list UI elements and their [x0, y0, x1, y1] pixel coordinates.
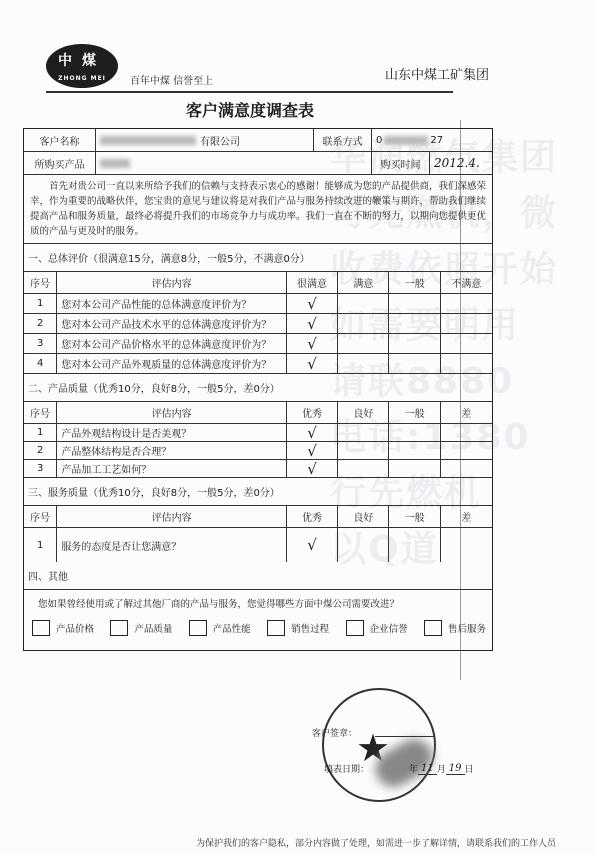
column-header: 满意 [338, 272, 389, 293]
company-name: 山东中煤工矿集团 [385, 64, 489, 83]
option-5[interactable]: 售后服务 [424, 620, 486, 636]
section4-heading: 四、其他 [24, 562, 492, 590]
row-question: 您对本公司产品技术水平的总体满意度评价为？ [57, 314, 287, 333]
option-label: 产品性能 [213, 621, 251, 635]
rating-cell[interactable] [389, 294, 440, 313]
rating-cell[interactable] [441, 294, 492, 313]
rating-cell[interactable] [389, 334, 440, 353]
privacy-notice: 为保护我们的客户隐私，部分内容做了处理，如需进一步了解详情，请联系我们的工作人员 [196, 836, 556, 849]
company-seal: ★ [322, 688, 436, 802]
info-row-customer: 客户名称 有限公司 联系方式 0 27 [24, 129, 492, 152]
row-number: 1 [24, 294, 57, 313]
section3-heading: 三、服务质量（优秀10分，良好8分，一般5分，差0分） [24, 478, 492, 506]
rating-cell-checked[interactable]: √ [287, 314, 338, 333]
column-header: 评估内容 [57, 272, 287, 293]
checkbox[interactable] [32, 620, 50, 636]
row-question: 产品整体结构是否合理？ [57, 442, 287, 459]
option-label: 产品价格 [56, 621, 94, 635]
rating-cell-checked[interactable]: √ [287, 424, 338, 441]
column-header: 不满意 [441, 272, 492, 293]
row-question: 您对本公司产品价格水平的总体满意度评价为？ [57, 334, 287, 353]
header-divider [46, 91, 453, 93]
row-number: 4 [24, 354, 57, 373]
customer-name-value: 有限公司 [96, 129, 314, 151]
rating-cell[interactable] [441, 528, 492, 562]
column-header: 良好 [338, 402, 389, 423]
table-row: 4您对本公司产品外观质量的总体满意度评价为？√ [24, 354, 492, 374]
column-header: 优秀 [287, 506, 338, 527]
rating-cell[interactable] [441, 314, 492, 333]
rating-cell[interactable] [338, 294, 389, 313]
rating-cell-checked[interactable]: √ [287, 528, 338, 562]
purchase-time-value: 2012.4. [430, 152, 492, 174]
intro-paragraph: 首先对贵公司一直以来所给予我们的信赖与支持表示衷心的感谢！能够成为您的产品提供商… [24, 175, 492, 244]
rating-cell[interactable] [441, 424, 492, 441]
date-day: 19 [446, 763, 465, 775]
rating-cell[interactable] [338, 460, 389, 477]
checkbox[interactable] [424, 620, 442, 636]
row-question: 产品外观结构设计是否美观？ [57, 424, 287, 441]
rating-cell-checked[interactable]: √ [287, 442, 338, 459]
column-header: 序号 [24, 272, 57, 293]
date-month: 11 [418, 763, 437, 775]
signature-line [375, 736, 435, 737]
row-number: 2 [24, 442, 57, 459]
row-number: 1 [24, 528, 57, 562]
column-header: 序号 [24, 402, 57, 423]
option-3[interactable]: 销售过程 [267, 620, 329, 636]
column-header: 评估内容 [57, 402, 287, 423]
rating-cell[interactable] [338, 334, 389, 353]
checkbox[interactable] [346, 620, 364, 636]
column-header: 很满意 [287, 272, 338, 293]
rating-cell[interactable] [389, 424, 440, 441]
redacted-block [100, 136, 196, 145]
section3-column-header: 序号评估内容优秀良好一般差 [24, 506, 492, 528]
logo-english: ZHONG MEI [46, 75, 118, 82]
option-1[interactable]: 产品质量 [110, 620, 172, 636]
rating-cell-checked[interactable]: √ [287, 460, 338, 477]
rating-cell-checked[interactable]: √ [287, 294, 338, 313]
column-header: 一般 [389, 272, 440, 293]
rating-cell[interactable] [338, 314, 389, 333]
slogan: 百年中煤 信誉至上 [130, 72, 213, 87]
column-header: 一般 [389, 402, 440, 423]
rating-cell[interactable] [441, 334, 492, 353]
survey-document: 华润燃气集团可先燃机，微收费依照开始如需要明用请联8880电话:1380行先燃机… [0, 0, 596, 854]
rating-cell-checked[interactable]: √ [287, 354, 338, 373]
table-row: 3您对本公司产品价格水平的总体满意度评价为？√ [24, 334, 492, 354]
row-number: 3 [24, 334, 57, 353]
row-number: 2 [24, 314, 57, 333]
survey-form: 客户名称 有限公司 联系方式 0 27 所购买产品 购买时间 2012.4. 首… [23, 128, 493, 651]
column-header: 评估内容 [57, 506, 287, 527]
purchase-time-label: 购买时间 [372, 152, 430, 174]
page-title: 客户满意度调查表 [0, 98, 500, 121]
column-header: 序号 [24, 506, 57, 527]
section4-body: 您如果曾经使用或了解过其他厂商的产品与服务，您觉得哪些方面中煤公司需要改进？ 产… [24, 590, 492, 650]
column-header: 差 [441, 506, 492, 527]
row-question: 您对本公司产品性能的总体满意度评价为？ [57, 294, 287, 313]
rating-cell[interactable] [338, 528, 389, 562]
checkbox[interactable] [267, 620, 285, 636]
rating-cell[interactable] [338, 424, 389, 441]
row-number: 3 [24, 460, 57, 477]
rating-cell[interactable] [441, 354, 492, 373]
row-number: 1 [24, 424, 57, 441]
product-value [96, 152, 372, 174]
table-row: 1产品外观结构设计是否美观？√ [24, 424, 492, 442]
column-header: 优秀 [287, 402, 338, 423]
option-4[interactable]: 企业信誉 [346, 620, 408, 636]
rating-cell[interactable] [389, 528, 440, 562]
contact-value: 0 27 [372, 129, 492, 151]
info-row-product: 所购买产品 购买时间 2012.4. [24, 152, 492, 175]
option-label: 产品质量 [134, 621, 172, 635]
rating-cell[interactable] [389, 442, 440, 459]
product-label: 所购买产品 [24, 152, 96, 174]
row-question: 产品加工工艺如何？ [57, 460, 287, 477]
rating-cell[interactable] [441, 442, 492, 459]
section1-column-header: 序号评估内容很满意满意一般不满意 [24, 272, 492, 294]
checkbox[interactable] [189, 620, 207, 636]
table-row: 3产品加工工艺如何？√ [24, 460, 492, 478]
rating-cell-checked[interactable]: √ [287, 334, 338, 353]
table-row: 2产品整体结构是否合理？√ [24, 442, 492, 460]
rating-cell[interactable] [389, 314, 440, 333]
rating-cell[interactable] [338, 354, 389, 373]
section1-heading: 一、总体评价（很满意15分，满意8分，一般5分，不满意0分） [24, 244, 492, 272]
rating-cell[interactable] [389, 460, 440, 477]
customer-name-label: 客户名称 [24, 129, 96, 151]
option-0[interactable]: 产品价格 [32, 620, 94, 636]
rating-cell[interactable] [389, 354, 440, 373]
row-question: 您对本公司产品外观质量的总体满意度评价为？ [57, 354, 287, 373]
option-label: 企业信誉 [370, 621, 408, 635]
column-header: 一般 [389, 506, 440, 527]
section2-heading: 二、产品质量（优秀10分，良好8分，一般5分，差0分） [24, 374, 492, 402]
table-row: 1服务的态度是否让您满意？√ [24, 528, 492, 562]
improvement-options: 产品价格产品质量产品性能销售过程企业信誉售后服务 [24, 610, 492, 650]
row-question: 服务的态度是否让您满意？ [57, 528, 287, 562]
checkbox[interactable] [110, 620, 128, 636]
signer-label: 客户签章： [312, 726, 357, 739]
contact-label: 联系方式 [314, 129, 372, 151]
column-header: 良好 [338, 506, 389, 527]
table-row: 1您对本公司产品性能的总体满意度评价为？√ [24, 294, 492, 314]
redacted-block [100, 159, 130, 168]
logo-chinese: 中煤 [46, 50, 118, 70]
table-row: 2您对本公司产品技术水平的总体满意度评价为？√ [24, 314, 492, 334]
rating-cell[interactable] [338, 442, 389, 459]
company-logo: 中煤 ZHONG MEI [46, 44, 118, 88]
option-2[interactable]: 产品性能 [189, 620, 251, 636]
option-label: 销售过程 [291, 621, 329, 635]
option-label: 售后服务 [448, 621, 486, 635]
rating-cell[interactable] [441, 460, 492, 477]
fill-date: 填表日期： 年 11 月 19 日 [324, 762, 474, 775]
column-header: 差 [441, 402, 492, 423]
section2-column-header: 序号评估内容优秀良好一般差 [24, 402, 492, 424]
redacted-block [384, 136, 428, 145]
improvement-question: 您如果曾经使用或了解过其他厂商的产品与服务，您觉得哪些方面中煤公司需要改进？ [24, 590, 492, 610]
